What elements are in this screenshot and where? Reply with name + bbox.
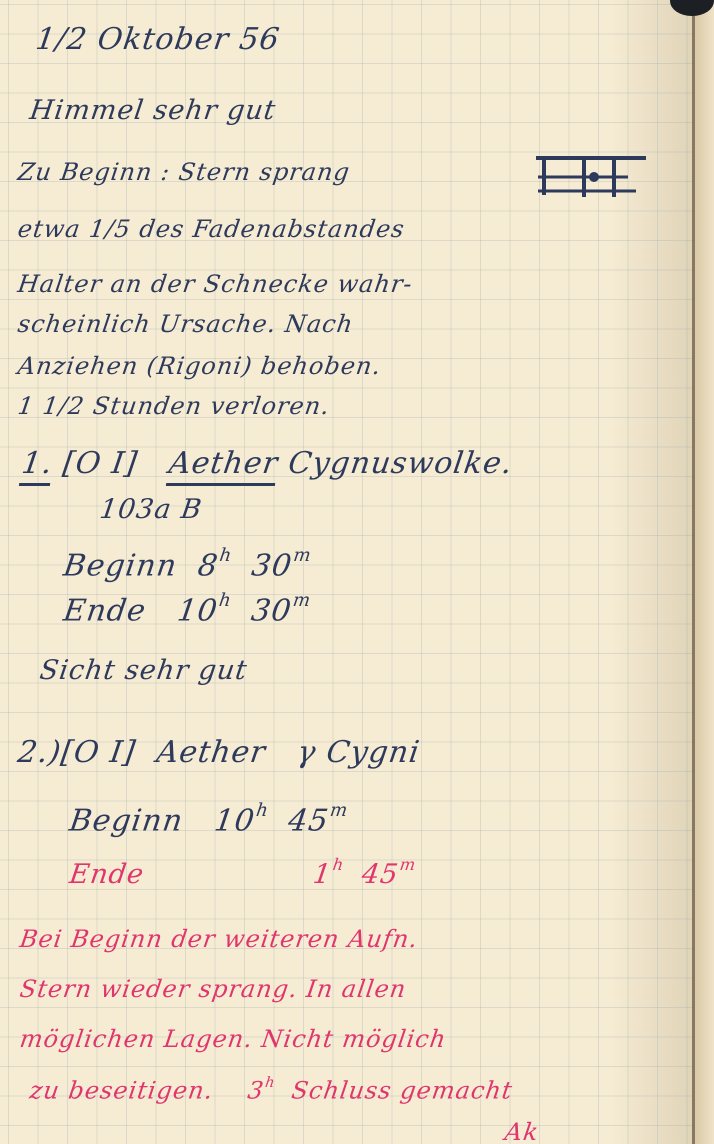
hour-unit: h [218, 590, 234, 611]
facing-page-edge [695, 0, 714, 1144]
observation-2-number: 2.) [16, 735, 64, 770]
text-line-7: Anziehen (Rigoni) behoben. [16, 352, 383, 380]
remark-line-1: Bei Beginn der weiteren Aufn. [18, 925, 420, 953]
observation-1-end: Ende 10h 30m [61, 590, 312, 628]
observation-2-target: γ Cygni [295, 735, 422, 770]
observation-2-plate: [O I] [59, 735, 138, 770]
observation-1-header: 1. [O I] Aether Cygnuswolke. [20, 446, 515, 481]
sky-condition: Himmel sehr gut [28, 95, 278, 126]
text-line-4: etwa 1/5 des Fadenabstandes [16, 215, 407, 243]
remark-line-4: zu beseitigen. 3h Schluss gemacht [28, 1075, 515, 1105]
end-minute: 45 [360, 859, 401, 890]
observation-2-begin: Beginn 10h 45m [67, 800, 349, 838]
end-hour: 1 [311, 859, 334, 890]
hour-unit: h [255, 800, 271, 821]
remark-closing: Schluss gemacht [290, 1077, 515, 1105]
observation-1-target: Cygnuswolke. [286, 446, 515, 481]
observation-1-emulsion: 103a B [98, 494, 204, 525]
begin-label: Beginn [61, 548, 179, 583]
begin-minute: 45 [286, 803, 331, 838]
remark-line-2: Stern wieder sprang. In allen [18, 975, 408, 1003]
text-line-5: Halter an der Schnecke wahr- [16, 270, 415, 298]
text-line-3: Zu Beginn : Stern sprang [16, 158, 352, 186]
seeing-note: Sicht sehr gut [38, 655, 250, 686]
date-heading: 1/2 Oktober 56 [34, 22, 283, 57]
remark-text: zu beseitigen. [28, 1077, 215, 1105]
minute-unit: m [292, 590, 313, 611]
minute-unit: m [399, 855, 418, 874]
hour-unit: h [264, 1075, 277, 1091]
observation-2-header: 2.)[O I] Aether γ Cygni [16, 735, 423, 770]
minute-unit: m [329, 800, 350, 821]
text-line-8: 1 1/2 Stunden verloren. [16, 392, 332, 420]
begin-minute: 30 [249, 548, 294, 583]
hour-unit: h [332, 855, 346, 874]
signature-mark: Ak [503, 1118, 541, 1144]
end-label: Ende [61, 593, 148, 628]
end-label: Ende [68, 859, 147, 890]
observation-1-plate: [O I] [61, 446, 140, 481]
remark-line-3: möglichen Lagen. Nicht möglich [18, 1025, 448, 1053]
begin-hour: 10 [212, 803, 257, 838]
observation-2-instrument: Aether [154, 735, 268, 770]
end-minute: 30 [249, 593, 294, 628]
begin-label: Beginn [67, 803, 185, 838]
observation-1-number: 1. [19, 446, 55, 486]
minute-unit: m [292, 545, 313, 566]
hour-unit: h [218, 545, 234, 566]
end-hour: 10 [175, 593, 220, 628]
text-line-6: scheinlich Ursache. Nach [16, 310, 355, 338]
notebook-page: 1/2 Oktober 56 Himmel sehr gut Zu Beginn… [0, 0, 694, 1144]
observation-2-end: Ende 1h 45m [68, 855, 418, 890]
observation-1-instrument: Aether [166, 446, 281, 486]
reticle-sketch-icon [536, 153, 646, 203]
observation-1-begin: Beginn 8h 30m [61, 545, 313, 583]
